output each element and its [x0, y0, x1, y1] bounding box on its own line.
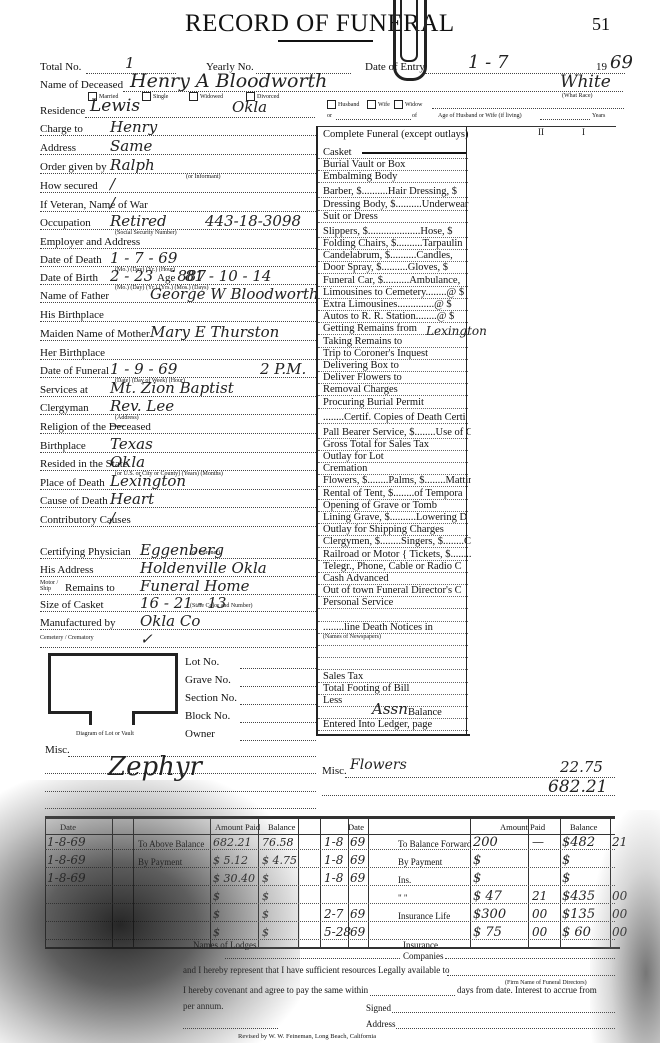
field-value[interactable]: ✓ — [140, 630, 153, 648]
field-line — [40, 135, 316, 136]
ledger-right-date[interactable]: 1-8 — [324, 871, 343, 885]
field-label: Order given by — [40, 161, 107, 173]
ledger-right-balance[interactable]: $ 60 — [562, 925, 591, 940]
charge-item: Delivering Box to — [323, 360, 471, 371]
diagram-base-right — [132, 711, 175, 714]
charge-item: Door Spray, $..........Gloves, $ — [323, 262, 471, 273]
paperclip-inner-icon — [400, 0, 418, 62]
charge-item: Limousines to Cemetery........@ $ — [323, 287, 471, 298]
ledger-right-year[interactable]: 69 — [350, 853, 365, 867]
ledger-column-rule — [560, 819, 561, 947]
charge-item: Total Footing of Bill — [323, 683, 471, 694]
field-value[interactable]: / — [110, 194, 115, 212]
field-label: Name of Father — [40, 290, 109, 302]
or-line — [336, 119, 411, 120]
ledger-right-year[interactable]: 69 — [350, 925, 365, 939]
age-label: Age — [157, 272, 175, 284]
charge-item: Candelabrum, $..........Candles, — [323, 250, 471, 261]
charge-line — [318, 645, 468, 646]
race-value[interactable]: White — [560, 72, 611, 92]
checkbox-icon — [367, 100, 376, 109]
field-value[interactable]: / — [110, 509, 115, 527]
ledger-header: Amount Paid — [500, 822, 545, 832]
field-value[interactable]: / — [110, 175, 115, 193]
ledger-right-year[interactable]: 69 — [350, 871, 365, 885]
charge-item: Pall Bearer Service, $........Use of C — [323, 427, 471, 438]
ledger-right-balance[interactable]: $ — [562, 871, 570, 886]
year-value[interactable]: 69 — [610, 52, 633, 73]
marital-single[interactable]: Single — [142, 92, 168, 101]
charge-item: Folding Chairs, $..........Tarpaulin — [323, 238, 471, 249]
charge-line — [318, 608, 468, 609]
charge-item: Extra Limousines..............@ $ — [323, 299, 471, 310]
total-no-label: Total No. — [40, 61, 81, 73]
charge-item: Out of town Funeral Director's C — [323, 585, 471, 596]
checkbox-icon — [394, 100, 403, 109]
charge-item: Cremation — [323, 463, 471, 474]
ledger-right-amount[interactable]: 200 — [473, 835, 498, 850]
field-line — [40, 248, 316, 249]
marital-widowed[interactable]: Widowed — [189, 92, 223, 101]
field-label: Date of Funeral — [40, 365, 109, 377]
field-label: Address — [40, 142, 76, 154]
charge-item: Barber, $..........Hair Dressing, $ — [323, 186, 471, 197]
signed-label: Signed — [366, 1003, 391, 1013]
name-of-deceased-label: Name of Deceased — [40, 79, 123, 91]
field-label: Manufactured by — [40, 617, 115, 629]
field-line — [40, 321, 316, 322]
lot-field-label: Owner — [185, 728, 215, 740]
diagram-post-right — [132, 711, 135, 725]
ledger-right-desc: " " — [398, 893, 408, 903]
charge-item: Flowers, $........Palms, $........Mattin — [323, 475, 471, 486]
charge-item: Suit or Dress — [323, 211, 471, 222]
charge-item: Dressing Body, $..........Underwear — [323, 199, 471, 210]
charge-item: Personal Service — [323, 597, 471, 608]
ledger-right-date[interactable]: 2-7 — [324, 907, 343, 921]
charge-line — [318, 408, 468, 409]
field-label: His Address — [40, 564, 93, 576]
spouse-line — [432, 108, 624, 109]
charge-item: ........Certif. Copies of Death Certi — [323, 412, 471, 423]
date-of-entry-value[interactable]: 1 - 7 — [468, 52, 508, 73]
ledger-right-balance[interactable]: $ — [562, 853, 570, 868]
ledger-right-year[interactable]: 69 — [350, 835, 365, 849]
field-label: His Birthplace — [40, 309, 104, 321]
field-line — [40, 192, 316, 193]
charge-item: (Names of Newspapers) — [323, 634, 471, 640]
charges-misc-label: Misc. — [322, 765, 347, 777]
field-label: Remains to — [65, 582, 115, 594]
field-label: Certifying Physician — [40, 546, 131, 558]
name-of-deceased-value[interactable]: Henry A Bloodworth — [130, 70, 327, 92]
race-label: (What Race) — [562, 93, 592, 99]
field-label: Services at — [40, 384, 88, 396]
lot-field-label: Section No. — [185, 692, 237, 704]
field-value[interactable]: Funeral Home — [140, 577, 250, 595]
field-label: Birthplace — [40, 440, 86, 452]
lot-field-label: Lot No. — [185, 656, 219, 668]
field-line — [40, 507, 316, 508]
ledger-right-amount[interactable]: $ — [473, 871, 481, 886]
age-value[interactable]: 81 - 10 - 14 — [185, 267, 271, 285]
charge-item: Outlay for Lot — [323, 451, 471, 462]
field-label: Date of Birth — [40, 272, 98, 284]
field-value[interactable]: Same — [110, 137, 152, 155]
diagram-label: Diagram of Lot or Vault — [76, 731, 134, 737]
field-label: Charge to — [40, 123, 83, 135]
charge-item: Rental of Tent, $........of Tempora — [323, 488, 471, 499]
charge-item: Telegr., Phone, Cable or Radio C — [323, 561, 471, 572]
address-label: Address — [366, 1019, 396, 1029]
field-line — [40, 647, 316, 648]
signed-line[interactable] — [392, 1012, 615, 1013]
charge-item: Entered Into Ledger, page — [323, 719, 471, 730]
ledger-right-date[interactable]: 5-28 — [324, 925, 351, 939]
ledger-right-desc: Ins. — [398, 875, 411, 885]
insurance-companies-label: Insurance Companies — [403, 940, 448, 962]
field-line — [40, 433, 316, 434]
charge-item: Procuring Burial Permit — [323, 397, 471, 408]
field-value[interactable]: Okla — [110, 453, 145, 471]
address-line[interactable] — [396, 1028, 615, 1029]
field-value[interactable]: Okla Co — [140, 612, 200, 630]
charges-box: Complete Funeral (except outlays)CasketB… — [316, 126, 470, 736]
charge-item: Autos to R. R. Station........@ $ — [323, 311, 471, 322]
charge-item: Opening of Grave or Tomb — [323, 500, 471, 511]
field-value[interactable]: Mary E Thurston — [150, 323, 279, 341]
field-extra[interactable]: 443-18-3098 — [205, 212, 301, 230]
ledger-right-amount[interactable]: $ — [473, 853, 481, 868]
diagram-post-left — [89, 711, 92, 725]
field-value[interactable]: 1 - 7 - 69 — [110, 249, 177, 267]
checkbox-icon — [142, 92, 151, 101]
charge-item: Balance — [408, 707, 556, 718]
field-label: Occupation — [40, 217, 91, 229]
lot-field-label: Grave No. — [185, 674, 231, 686]
field-value[interactable]: Retired — [110, 212, 167, 230]
ledger-right-amount-cents[interactable]: 00 — [532, 925, 547, 939]
charge-item: Embalming Body — [323, 171, 471, 182]
field-label: Clergyman — [40, 402, 89, 414]
residence-state[interactable]: Okla — [232, 98, 267, 116]
charge-item: Removal Charges — [323, 384, 471, 395]
ledger-right-desc: Insurance Life — [398, 911, 450, 921]
ledger-right-amount[interactable]: $ 75 — [473, 925, 502, 940]
field-value[interactable]: — — [110, 416, 125, 434]
lot-field-label: Block No. — [185, 710, 230, 722]
ledger-right-amount[interactable]: $300 — [473, 907, 506, 922]
field-value[interactable]: 1 - 9 - 69 — [110, 360, 177, 378]
field-label: Religion of the Deceased — [40, 421, 151, 433]
charge-item: Gross Total for Sales Tax — [323, 439, 471, 450]
ledger-right-date[interactable]: 1-8 — [324, 835, 343, 849]
charge-item: Sales Tax — [323, 671, 471, 682]
ledger-column-rule — [320, 819, 321, 947]
field-label: Cause of Death — [40, 495, 108, 507]
ledger-column-rule — [528, 819, 529, 947]
days-line — [370, 995, 455, 996]
diagram-base-left — [48, 711, 91, 714]
field-label: Contributory Causes — [40, 514, 131, 526]
charge-line — [318, 423, 468, 424]
residence-value[interactable]: Lewis — [90, 96, 140, 116]
field-value[interactable]: George W Bloodworth — [150, 285, 319, 303]
lot-field-line[interactable] — [240, 740, 316, 741]
charges-misc-value[interactable]: Flowers — [350, 757, 407, 773]
photocopy-shadow-right — [590, 810, 660, 1043]
age-spouse-line — [540, 119, 590, 120]
charge-item: Slippers, $....................Hose, $ — [323, 226, 471, 237]
field-label: Her Birthplace — [40, 347, 105, 359]
field-label: Date of Death — [40, 254, 102, 266]
field-note: (or Coroner) — [190, 550, 220, 556]
charge-item: Burial Vault or Box — [323, 159, 471, 170]
title-underline — [278, 40, 373, 42]
lot-misc-label: Misc. — [45, 744, 70, 756]
field-label: Cemetery / Crematory — [40, 635, 94, 641]
field-value[interactable]: Henry — [110, 118, 157, 136]
column-mark: II — [538, 127, 544, 137]
field-line — [40, 154, 316, 155]
field-value[interactable]: Lexington — [110, 472, 186, 490]
checkbox-icon — [189, 92, 198, 101]
ledger-right-amount-cents[interactable]: — — [532, 835, 544, 849]
field-note: (or Informant) — [186, 174, 221, 180]
ledger-right-date[interactable]: 1-8 — [324, 853, 343, 867]
charge-item: Outlay for Shipping Charges — [323, 524, 471, 535]
charge-item: Clergymen, $........Singers, $........C — [323, 536, 471, 547]
charge-item: Deliver Flowers to — [323, 372, 471, 383]
spouse-wife[interactable]: Wife — [367, 100, 390, 109]
ledger-header: Date — [348, 822, 364, 832]
ledger-column-rule — [368, 819, 369, 947]
field-line — [40, 526, 316, 527]
page-number: 51 — [592, 14, 610, 35]
field-value[interactable]: Mt. Zion Baptist — [110, 379, 234, 397]
lot-field-line[interactable] — [240, 668, 316, 669]
charge-line — [318, 730, 468, 731]
field-label: Size of Casket — [40, 599, 104, 611]
lot-diagram — [48, 653, 178, 714]
field-line — [40, 173, 316, 174]
field-label: Employer and Address — [40, 236, 140, 248]
days-text: days from date. Interest to accrue from — [457, 985, 597, 995]
date-of-entry-label: Date of Entry — [365, 61, 425, 73]
lot-field-line[interactable] — [240, 686, 316, 687]
of-label: of — [412, 113, 417, 119]
charge-line — [318, 182, 468, 183]
charge-line — [318, 222, 468, 223]
field-note: (State Color and Number) — [190, 603, 252, 609]
ledger-right-desc: By Payment — [398, 857, 442, 867]
field-value[interactable]: Rev. Lee — [110, 397, 174, 415]
lot-field-line[interactable] — [240, 704, 316, 705]
field-line — [40, 414, 316, 415]
charge-line — [318, 657, 468, 658]
field-value[interactable]: Texas — [110, 435, 153, 453]
charge-item: Lining Grave, $..........Lowering D — [323, 512, 471, 523]
or-label: or — [327, 113, 332, 119]
spouse-husband[interactable]: Husband — [327, 100, 359, 109]
years-label: Years — [592, 113, 605, 119]
charge-item: Funeral Car, $..........Ambulance, — [323, 275, 471, 286]
photocopy-shadow — [0, 780, 300, 1043]
charge-item: Cash Advanced — [323, 573, 471, 584]
residence-label: Residence — [40, 105, 85, 117]
lot-misc-value[interactable]: Zephyr — [108, 752, 202, 782]
field-label: If Veteran, Name of War — [40, 199, 148, 211]
getting-remains-value[interactable]: Lexington — [426, 324, 487, 338]
charge-item: ........line Death Notices in — [323, 622, 471, 633]
column-mark: I — [582, 127, 585, 137]
field-label: Maiden Name of Mother — [40, 328, 150, 340]
ledger-right-amount-cents[interactable]: 21 — [532, 889, 547, 903]
spouse-widow[interactable]: Widow — [394, 100, 422, 109]
charges-header: Complete Funeral (except outlays) — [323, 129, 471, 140]
less-value[interactable]: Assn — [372, 700, 408, 718]
charge-item: Trip to Coroner's Inquest — [323, 348, 471, 359]
field-value[interactable]: Ralph — [110, 156, 155, 174]
field-extra[interactable]: 2 P.M. — [260, 360, 306, 378]
checkbox-icon — [327, 100, 336, 109]
field-label: How secured — [40, 180, 98, 192]
ledger-right-amount[interactable]: $ 47 — [473, 889, 502, 904]
field-value[interactable]: Holdenville Okla — [140, 559, 267, 577]
field-line — [40, 452, 316, 453]
field-value[interactable]: Heart — [110, 490, 154, 508]
lot-field-line[interactable] — [240, 722, 316, 723]
charge-item: Railroad or Motor { Tickets, $........ A… — [323, 549, 471, 560]
misc-amount-2[interactable]: 682.21 — [548, 777, 607, 797]
ledger-right-year[interactable]: 69 — [350, 907, 365, 921]
field-label: Place of Death — [40, 477, 105, 489]
age-spouse-label: Age of Husband or Wife (if living) — [438, 113, 522, 119]
charge-item: Casket — [323, 147, 471, 158]
charges-right-rule — [466, 127, 467, 734]
misc-amount-1[interactable]: 22.75 — [560, 758, 603, 776]
motor-ship-label: Motor / Ship — [40, 580, 62, 592]
ledger-right-amount-cents[interactable]: 00 — [532, 907, 547, 921]
ledger-right-desc: To Balance Forward — [398, 839, 471, 849]
